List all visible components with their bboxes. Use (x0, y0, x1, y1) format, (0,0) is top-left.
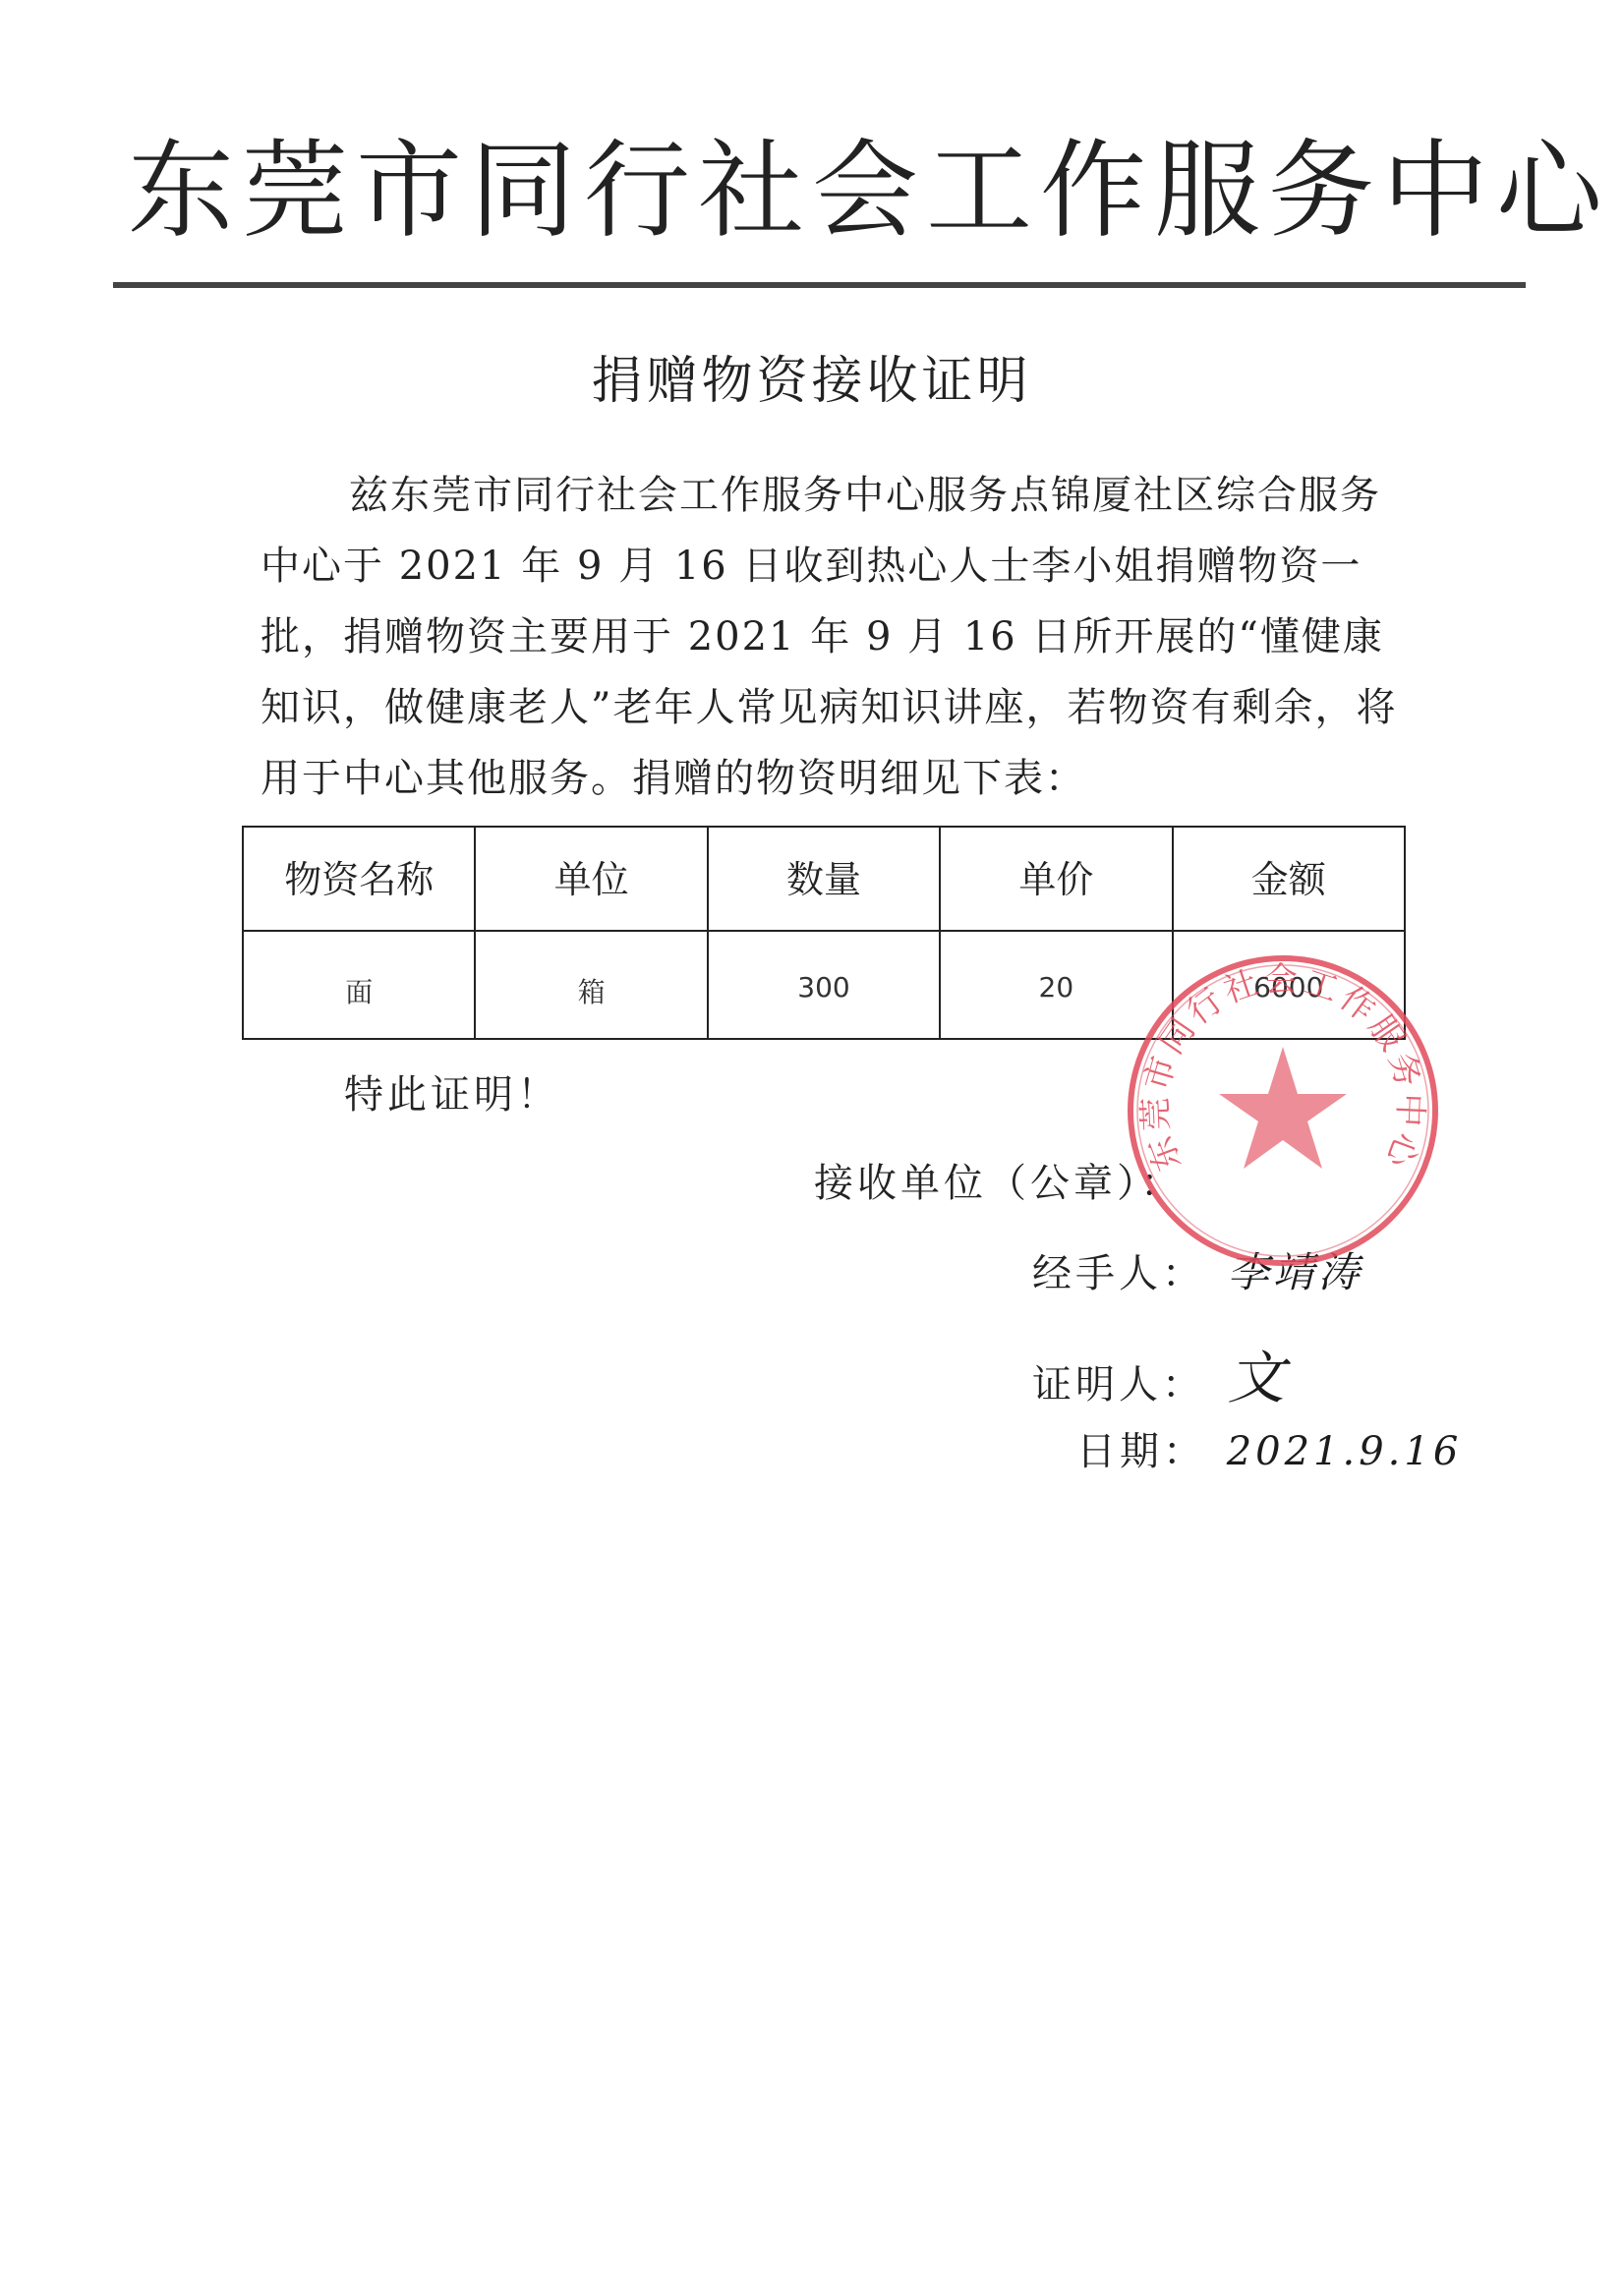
cell-quantity: 300 (708, 931, 940, 1039)
date-line: 日期： 2021.9.16 (1076, 1420, 1462, 1476)
official-seal: 东莞市同行社会工作服务中心 (1121, 948, 1445, 1273)
header-unit: 单位 (475, 827, 707, 931)
header-quantity: 数量 (708, 827, 940, 931)
date-value: 2021.9.16 (1227, 1429, 1463, 1474)
paragraph-text: 兹东莞市同行社会工作服务中心服务点锦厦社区综合服务中心于 2021 年 9 月 … (261, 473, 1397, 801)
organization-name: 东莞市同行社会工作服务中心 (128, 118, 1524, 265)
witness-label: 证明人： (1032, 1362, 1205, 1407)
closing-statement: 特此证明！ (344, 1063, 560, 1119)
header-amount: 金额 (1173, 827, 1405, 931)
header-divider (113, 282, 1526, 288)
witness-line: 证明人： 文 (1032, 1332, 1289, 1414)
cell-unit: 箱 (475, 931, 707, 1039)
seal-stamp-icon: 东莞市同行社会工作服务中心 (1121, 948, 1445, 1273)
header-item-name: 物资名称 (243, 827, 475, 931)
document-title: 捐赠物资接收证明 (0, 339, 1623, 413)
header-unit-price: 单价 (940, 827, 1172, 931)
date-label: 日期： (1076, 1429, 1206, 1474)
cell-item-name: 面 (243, 931, 475, 1039)
seal-star-icon (1219, 1047, 1347, 1169)
witness-signature: 文 (1228, 1345, 1289, 1411)
certificate-paragraph: 兹东莞市同行社会工作服务中心服务点锦厦社区综合服务中心于 2021 年 9 月 … (261, 460, 1401, 814)
table-header-row: 物资名称 单位 数量 单价 金额 (243, 827, 1405, 931)
